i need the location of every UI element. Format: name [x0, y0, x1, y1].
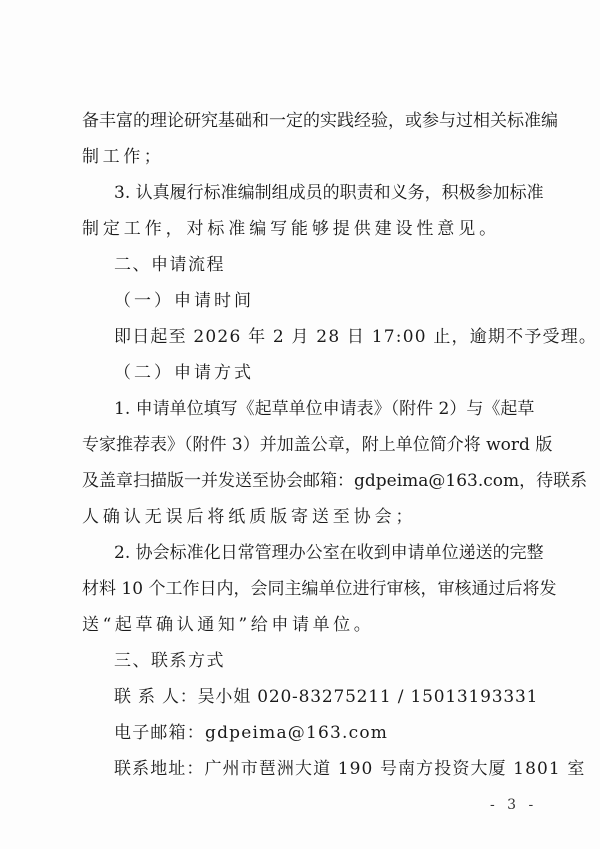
method-item-1-line: 1. 申请单位填写《起草单位申请表》（附件 2）与《起草: [114, 398, 530, 420]
body-text-line: 制工作；: [82, 146, 530, 168]
subsection-heading-application-method: （二）申请方式: [114, 362, 530, 384]
document-page: 备丰富的理论研究基础和一定的实践经验，或参与过相关标准编 制工作； 3. 认真履…: [0, 0, 600, 849]
subsection-heading-application-time: （一）申请时间: [114, 290, 530, 312]
section-heading-contact: 三、联系方式: [114, 650, 530, 672]
body-text-line: 制定工作，对标准编写能够提供建设性意见。: [82, 218, 530, 240]
method-item-2-line: 2. 协会标准化日常管理办公室在收到申请单位递送的完整: [114, 542, 530, 564]
method-item-2-line: 送“起草确认通知”给申请单位。: [82, 614, 530, 636]
contact-address: 联系地址：广州市琶洲大道 190 号南方投资大厦 1801 室: [114, 758, 530, 780]
page-number: - 3 -: [490, 797, 537, 813]
method-item-2-line: 材料 10 个工作日内，会同主编单位进行审核，审核通过后将发: [82, 578, 530, 600]
method-item-1-line: 人确认无误后将纸质版寄送至协会；: [82, 506, 530, 528]
application-deadline-text: 即日起至 2026 年 2 月 28 日 17:00 止，逾期不予受理。: [114, 326, 530, 348]
method-item-1-line: 及盖章扫描版一并发送至协会邮箱：gdpeima@163.com，待联系: [82, 470, 530, 492]
contact-person: 联 系 人：吴小姐 020-83275211 / 15013193331: [114, 686, 530, 708]
method-item-1-line: 专家推荐表》（附件 3）并加盖公章，附上单位简介将 word 版: [82, 434, 530, 456]
section-heading-application-process: 二、申请流程: [114, 254, 530, 276]
contact-email: 电子邮箱：gdpeima@163.com: [114, 722, 530, 744]
body-text-line: 备丰富的理论研究基础和一定的实践经验，或参与过相关标准编: [82, 110, 530, 132]
requirement-item-3: 3. 认真履行标准编制组成员的职责和义务，积极参加标准: [114, 182, 530, 204]
